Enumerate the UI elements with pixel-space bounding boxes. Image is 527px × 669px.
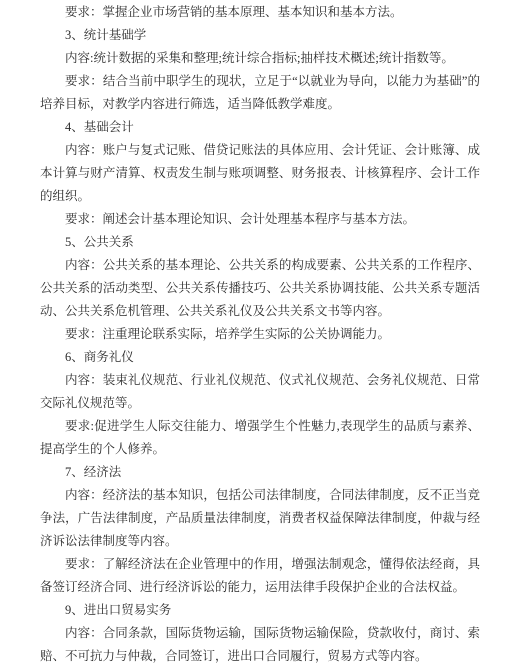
paragraph: 要求：注重理论联系实际，培养学生实际的公关协调能力。 [40,323,480,346]
paragraph: 要求：掌握企业市场营销的基本原理、基本知识和基本方法。 [40,1,480,24]
document-page: 要求：掌握企业市场营销的基本原理、基本知识和基本方法。3、统计基础学内容:统计数… [0,0,527,669]
document-body: 要求：掌握企业市场营销的基本原理、基本知识和基本方法。3、统计基础学内容:统计数… [40,1,480,668]
paragraph: 要求:促进学生人际交往能力、增强学生个性魅力,表现学生的品质与素养、提高学生的个… [40,415,480,461]
paragraph: 内容：合同条款，国际货物运输，国际货物运输保险，贷款收付，商讨、索赔、不可抗力与… [40,622,480,668]
paragraph: 要求：了解经济法在企业管理中的作用，增强法制观念，懂得依法经商，具备签订经济合同… [40,553,480,599]
paragraph: 要求：结合当前中职学生的现状，立足于“以就业为导向，以能力为基础”的培养目标，对… [40,70,480,116]
paragraph: 要求：阐述会计基本理论知识、会计处理基本程序与基本方法。 [40,208,480,231]
section-heading: 7、经济法 [40,461,480,484]
paragraph: 内容：经济法的基本知识，包括公司法律制度，合同法律制度，反不正当竞争法，广告法律… [40,484,480,553]
paragraph: 内容：账户与复式记账、借贷记账法的具体应用、会计凭证、会计账簿、成本计算与财产清… [40,139,480,208]
paragraph: 内容:统计数据的采集和整理;统计综合指标;抽样技术概述;统计指数等。 [40,47,480,70]
section-heading: 5、公共关系 [40,231,480,254]
section-heading: 6、商务礼仪 [40,346,480,369]
paragraph: 内容：装束礼仪规范、行业礼仪规范、仪式礼仪规范、会务礼仪规范、日常交际礼仪规范等… [40,369,480,415]
section-heading: 4、基础会计 [40,116,480,139]
section-heading: 3、统计基础学 [40,24,480,47]
section-heading: 9、进出口贸易实务 [40,599,480,622]
paragraph: 内容：公共关系的基本理论、公共关系的构成要素、公共关系的工作程序、公共关系的活动… [40,254,480,323]
